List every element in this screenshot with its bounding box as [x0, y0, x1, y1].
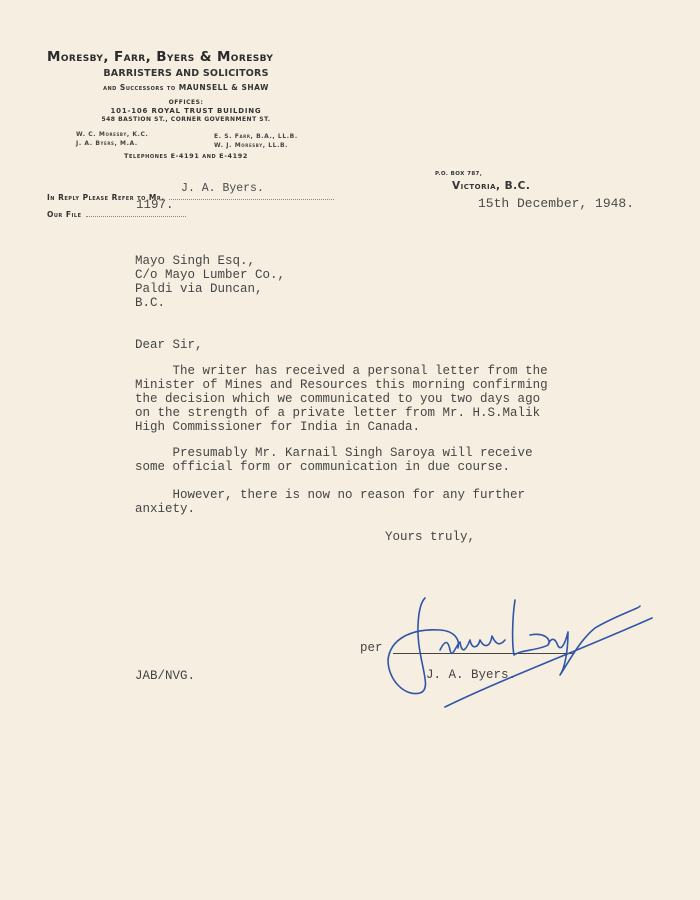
reply-value: J. A. Byers. — [181, 182, 264, 195]
city: Victoria, B.C. — [452, 180, 530, 192]
firm-successors: and Successors to MAUNSELL & SHAW — [36, 83, 336, 92]
firm-name: Moresby, Farr, Byers & Moresby — [47, 49, 273, 65]
body-paragraph: The writer has received a personal lette… — [135, 364, 548, 434]
letter-date: 15th December, 1948. — [478, 196, 634, 211]
firm-telephones: Telephones E-4191 and E-4192 — [36, 152, 336, 160]
firm-profession: BARRISTERS AND SOLICITORS — [36, 68, 336, 79]
offices-line-1: 101-106 ROYAL TRUST BUILDING — [36, 107, 336, 115]
file-reference: Our File 1197. — [47, 204, 186, 222]
reply-dotted-line: J. A. Byers. — [169, 187, 334, 200]
recipient-line: B.C. — [135, 296, 165, 310]
recipient-line: Mayo Singh Esq., — [135, 254, 255, 268]
body-paragraph: Presumably Mr. Karnail Singh Saroya will… — [135, 446, 533, 474]
recipient-line: C/o Mayo Lumber Co., — [135, 268, 285, 282]
file-dotted-line: 1197. — [86, 204, 186, 217]
partner-name: J. A. Byers, M.A. — [76, 140, 138, 147]
signature-line — [393, 653, 573, 654]
closing: Yours truly, — [385, 530, 475, 544]
signer-name: J. A. Byers. — [426, 668, 516, 682]
per-label: per — [360, 641, 383, 655]
file-value: 1197. — [136, 198, 174, 212]
po-box: P.O. BOX 787, — [435, 171, 482, 177]
recipient-line: Paldi via Duncan, — [135, 282, 263, 296]
offices-label: OFFICES: — [36, 99, 336, 106]
partner-name: W. C. Moresby, K.C. — [76, 131, 148, 138]
body-paragraph: However, there is now no reason for any … — [135, 488, 525, 516]
partner-name: W. J. Moresby, LL.B. — [214, 142, 288, 149]
salutation: Dear Sir, — [135, 338, 203, 352]
offices-line-2: 548 BASTION ST., CORNER GOVERNMENT ST. — [36, 116, 336, 123]
file-label: Our File — [47, 210, 81, 219]
partner-name: E. S. Farr, B.A., LL.B. — [214, 133, 298, 140]
reference-initials: JAB/NVG. — [135, 669, 195, 683]
reply-reference: In Reply Please Refer to Mr. J. A. Byers… — [47, 187, 334, 205]
